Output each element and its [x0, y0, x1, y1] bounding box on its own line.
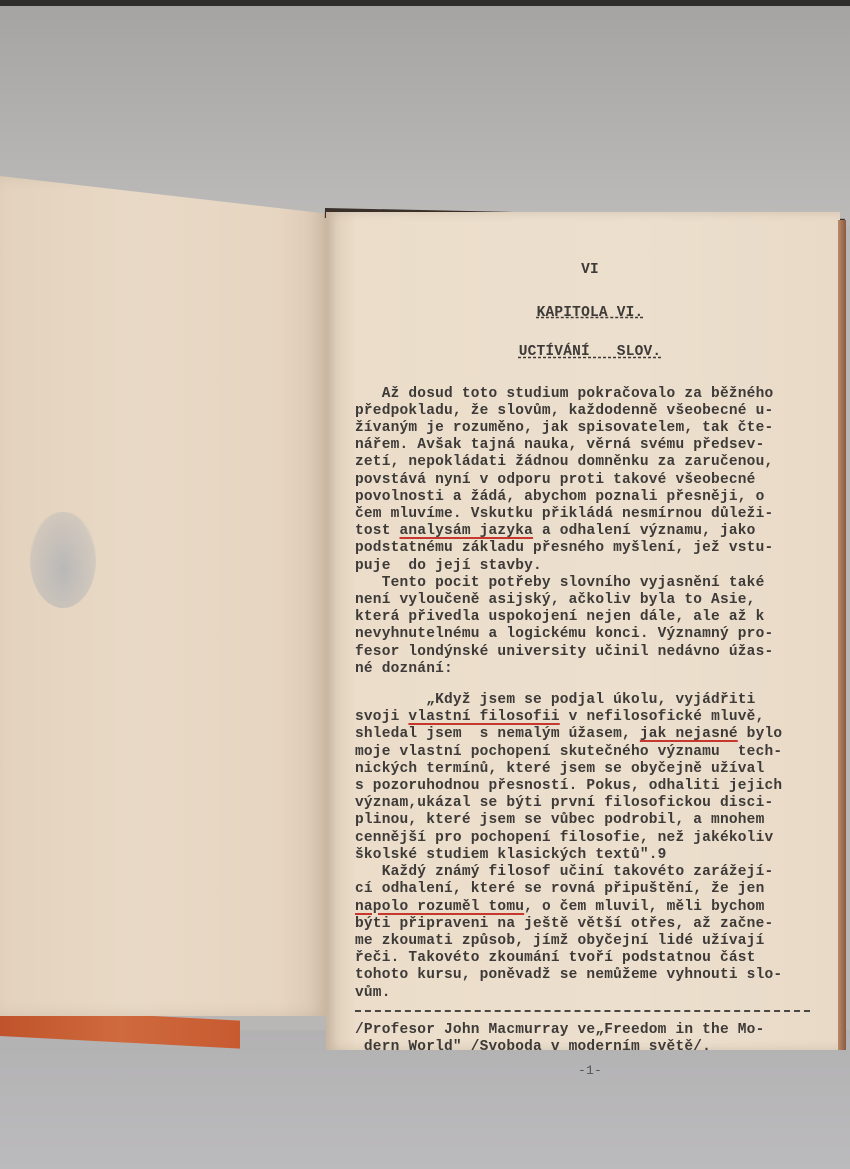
footnote-divider [355, 1010, 810, 1012]
text-line: puje do její stavby. [355, 558, 825, 575]
text-segment: , o čem mluvil, měli bychom [524, 899, 764, 915]
text-line: která přivedla uspokojení nejen dále, al… [355, 609, 825, 626]
text-line: moje vlastní pochopení skutečného význam… [355, 744, 825, 761]
text-line: me zkoumati způsob, jímž obyčejní lidé u… [355, 933, 825, 950]
text-line: cí odhalení, které se rovná připuštění, … [355, 881, 825, 898]
text-line: žívaným je rozuměno, jak spisovatelem, t… [355, 420, 825, 437]
text-line: né doznání: [355, 661, 825, 678]
text-line: povstává nyní v odporu proti takové všeo… [355, 472, 825, 489]
text-line: vům. [355, 985, 825, 1002]
text-line: čem mluvíme. Vskutku přikládá nesmírnou … [355, 506, 825, 523]
text-line: nických termínů, které jsem se obyčejně … [355, 761, 825, 778]
text-segment: a odhalení významu, jako [533, 523, 756, 539]
text-line: shledal jsem s nemalým úžasem, jak nejas… [355, 726, 825, 743]
text-line: školské studiem klasických textů".9 [355, 847, 825, 864]
text-line: nevyhnutelnému a logickému konci. Význam… [355, 626, 825, 643]
text-line: plinou, které jsem se vůbec podrobil, a … [355, 812, 825, 829]
chapter-title: KAPITOLA VI. [537, 305, 644, 321]
page-content: VI KAPITOLA VI. UCTÍVÁNÍ SLOV. Až dosud … [355, 262, 825, 1079]
red-underlined-phrase: vlastní filosofii [408, 709, 559, 725]
section-title: UCTÍVÁNÍ SLOV. [519, 344, 662, 360]
text-line: cennější pro pochopení filosofie, než ja… [355, 830, 825, 847]
text-line: Každý známý filosof učiní takovéto zaráž… [355, 864, 825, 881]
text-segment: v nefilosofické mluvě, [560, 709, 765, 725]
page-number: -1- [355, 1062, 825, 1079]
block-quote: „Když jsem se podjal úkolu, vyjádřiti sv… [355, 692, 825, 864]
text-line: „Když jsem se podjal úkolu, vyjádřiti [355, 692, 825, 709]
text-line: býti připraveni na ještě větší otřes, až… [355, 916, 825, 933]
text-line: tost analysám jazyka a odhalení významu,… [355, 523, 825, 540]
text-line: zetí, nepokládati žádnou domněnku za zar… [355, 454, 825, 471]
text-line: s pozoruhodnou přesností. Pokus, odhalit… [355, 778, 825, 795]
text-segment: bylo [738, 726, 783, 742]
text-line: Až dosud toto studium pokračovalo za běž… [355, 386, 825, 403]
footnote-line: dern World" /Svoboda v moderním světě/. [355, 1039, 825, 1056]
text-line: povolnosti a žádá, abychom poznali přesn… [355, 489, 825, 506]
footnote-line: /Profesor John Macmurray ve„Freedom in t… [355, 1022, 825, 1039]
text-line: Tento pocit potřeby slovního vyjasnění t… [355, 575, 825, 592]
text-line: tohoto kursu, poněvadž se nemůžeme vyhno… [355, 967, 825, 984]
text-line: nářem. Avšak tajná nauka, věrná svému př… [355, 437, 825, 454]
text-line: fesor londýnské university učinil nedávn… [355, 644, 825, 661]
text-line: svoji vlastní filosofii v nefilosofické … [355, 709, 825, 726]
right-cover-edge [838, 220, 846, 1050]
text-line: předpokladu, že slovům, každodenně všeob… [355, 403, 825, 420]
red-underlined-phrase: jak nejasné [640, 726, 738, 742]
paragraph-2: Tento pocit potřeby slovního vyjasnění t… [355, 575, 825, 678]
text-line: napolo rozuměl tomu, o čem mluvil, měli … [355, 899, 825, 916]
text-line: význam,ukázal se býti první filosofickou… [355, 795, 825, 812]
paragraph-1: Až dosud toto studium pokračovalo za běž… [355, 386, 825, 575]
text-line: není vyloučeně asijský, ačkoliv byla to … [355, 592, 825, 609]
text-line: podstatnému základu přesného myšlení, je… [355, 540, 825, 557]
text-segment: svoji [355, 709, 408, 725]
footnote: /Profesor John Macmurray ve„Freedom in t… [355, 1022, 825, 1056]
chapter-number: VI [355, 262, 825, 279]
ink-stamp-mark [30, 512, 96, 608]
text-line: řeči. Takovéto zkoumání tvoří podstatnou… [355, 950, 825, 967]
paragraph-3: Každý známý filosof učiní takovéto zaráž… [355, 864, 825, 1002]
text-segment: shledal jsem s nemalým úžasem, [355, 726, 640, 742]
red-underlined-phrase: analysám jazyka [400, 523, 534, 539]
red-underlined-phrase: napolo rozuměl tomu [355, 899, 524, 915]
text-segment: tost [355, 523, 400, 539]
